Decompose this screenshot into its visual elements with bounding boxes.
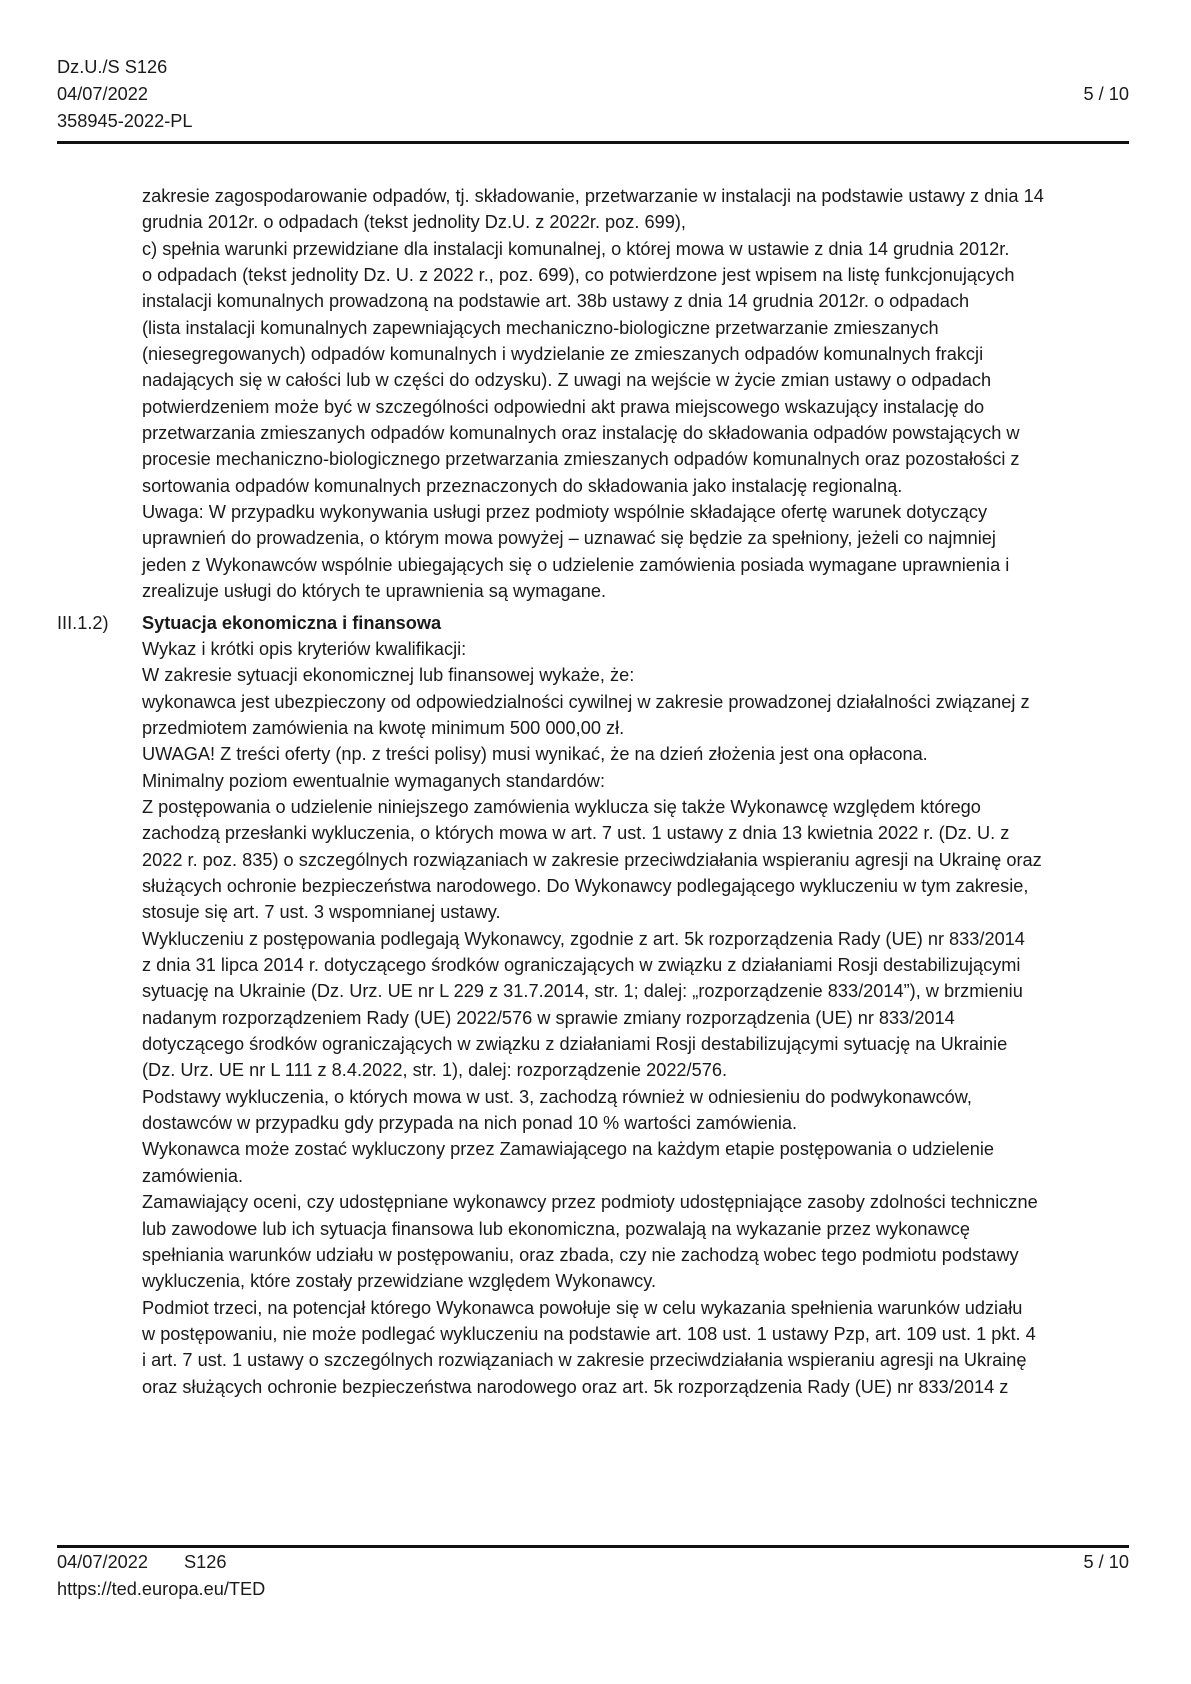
notice-id: 358945-2022-PL	[57, 108, 193, 135]
text-line: wykluczenia, które zostały przewidziane …	[142, 1268, 1142, 1294]
text-line: (lista instalacji komunalnych zapewniają…	[142, 315, 1142, 341]
text-line: lub zawodowe lub ich sytuacja finansowa …	[142, 1216, 1142, 1242]
text-line: Wykluczeniu z postępowania podlegają Wyk…	[142, 926, 1142, 952]
section-body: Sytuacja ekonomiczna i finansowa Wykaz i…	[142, 610, 1142, 1400]
section-title: Sytuacja ekonomiczna i finansowa	[142, 610, 1142, 636]
text-line: W zakresie sytuacji ekonomicznej lub fin…	[142, 662, 1142, 688]
text-line: sytuację na Ukrainie (Dz. Urz. UE nr L 2…	[142, 978, 1142, 1004]
text-line: o odpadach (tekst jednolity Dz. U. z 202…	[142, 262, 1142, 288]
header-left: Dz.U./S S126 04/07/2022 358945-2022-PL	[57, 54, 193, 135]
publication-date: 04/07/2022	[57, 81, 193, 108]
text-line: Wykonawca może zostać wykluczony przez Z…	[142, 1136, 1142, 1162]
text-line: zrealizuje usługi do których te uprawnie…	[142, 578, 1142, 604]
text-line: spełniania warunków udziału w postępowan…	[142, 1242, 1142, 1268]
continuation-text: zakresie zagospodarowanie odpadów, tj. s…	[142, 183, 1142, 605]
text-line: wykonawca jest ubezpieczony od odpowiedz…	[142, 689, 1142, 715]
text-line: c) spełnia warunki przewidziane dla inst…	[142, 236, 1142, 262]
text-line: zachodzą przesłanki wykluczenia, o który…	[142, 820, 1142, 846]
text-line: Minimalny poziom ewentualnie wymaganych …	[142, 768, 1142, 794]
text-line: służących ochronie bezpieczeństwa narodo…	[142, 873, 1142, 899]
page-number: 5 / 10	[1083, 81, 1129, 108]
text-line: procesie mechaniczno-biologicznego przet…	[142, 446, 1142, 472]
text-line: Z postępowania o udzielenie niniejszego …	[142, 794, 1142, 820]
text-line: z dnia 31 lipca 2014 r. dotyczącego środ…	[142, 952, 1142, 978]
text-line: UWAGA! Z treści oferty (np. z treści pol…	[142, 741, 1142, 767]
text-line: Podstawy wykluczenia, o których mowa w u…	[142, 1084, 1142, 1110]
text-line: w postępowaniu, nie może podlegać wykluc…	[142, 1321, 1142, 1347]
text-line: grudnia 2012r. o odpadach (tekst jednoli…	[142, 209, 1142, 235]
text-line: oraz służących ochronie bezpieczeństwa n…	[142, 1374, 1142, 1400]
text-line: nadanym rozporządzeniem Rady (UE) 2022/5…	[142, 1005, 1142, 1031]
text-line: stosuje się art. 7 ust. 3 wspomnianej us…	[142, 899, 1142, 925]
journal-reference: Dz.U./S S126	[57, 54, 193, 81]
text-line: zakresie zagospodarowanie odpadów, tj. s…	[142, 183, 1142, 209]
footer-divider	[57, 1545, 1129, 1548]
text-line: Podmiot trzeci, na potencjał którego Wyk…	[142, 1295, 1142, 1321]
footer-date: 04/07/2022	[57, 1552, 148, 1572]
text-line: Wykaz i krótki opis kryteriów kwalifikac…	[142, 636, 1142, 662]
text-line: sortowania odpadów komunalnych przeznacz…	[142, 473, 1142, 499]
page-footer: 04/07/2022S126 https://ted.europa.eu/TED	[57, 1549, 265, 1603]
text-line: dotyczącego środków ograniczających w zw…	[142, 1031, 1142, 1057]
section-number: III.1.2)	[57, 610, 109, 636]
header-divider	[57, 141, 1129, 144]
text-line: dostawców w przypadku gdy przypada na ni…	[142, 1110, 1142, 1136]
text-line: zamówienia.	[142, 1163, 1142, 1189]
text-line: przedmiotem zamówienia na kwotę minimum …	[142, 715, 1142, 741]
footer-series: S126	[184, 1552, 226, 1572]
text-line: uprawnień do prowadzenia, o którym mowa …	[142, 525, 1142, 551]
text-line: potwierdzeniem może być w szczególności …	[142, 394, 1142, 420]
text-line: jeden z Wykonawców wspólnie ubiegających…	[142, 552, 1142, 578]
text-line: (niesegregowanych) odpadów komunalnych i…	[142, 341, 1142, 367]
text-line: (Dz. Urz. UE nr L 111 z 8.4.2022, str. 1…	[142, 1057, 1142, 1083]
text-line: instalacji komunalnych prowadzoną na pod…	[142, 288, 1142, 314]
footer-page-number: 5 / 10	[1083, 1549, 1129, 1576]
text-line: nadających się w całości lub w części do…	[142, 367, 1142, 393]
text-line: przetwarzania zmieszanych odpadów komuna…	[142, 420, 1142, 446]
text-line: Zamawiający oceni, czy udostępniane wyko…	[142, 1189, 1142, 1215]
footer-url[interactable]: https://ted.europa.eu/TED	[57, 1576, 265, 1603]
text-line: i art. 7 ust. 1 ustawy o szczególnych ro…	[142, 1347, 1142, 1373]
text-line: Uwaga: W przypadku wykonywania usługi pr…	[142, 499, 1142, 525]
text-line: 2022 r. poz. 835) o szczególnych rozwiąz…	[142, 847, 1142, 873]
